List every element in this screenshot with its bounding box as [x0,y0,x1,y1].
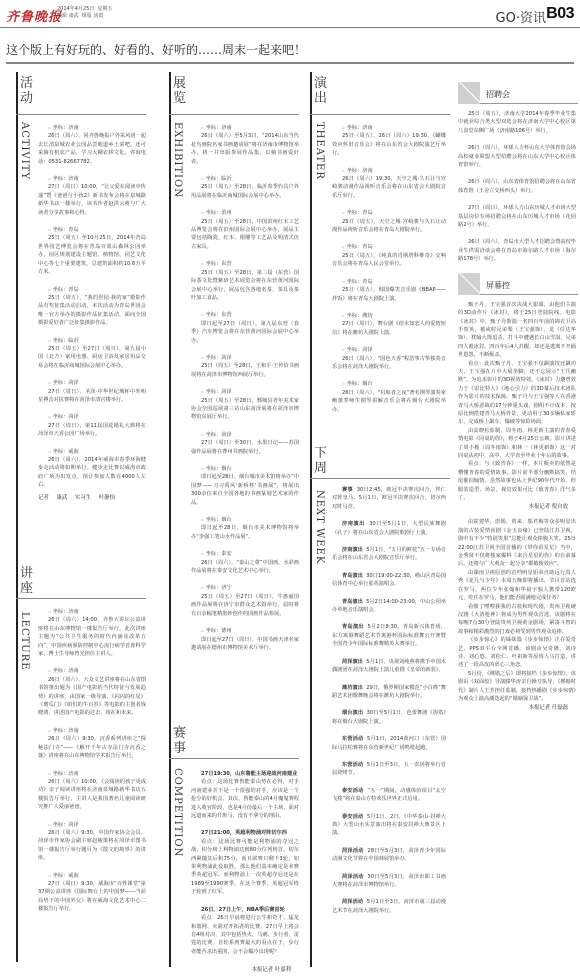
section-zh-title: 演出 [314,76,330,106]
list-item: 坐标：青岛25日（周五），天空之城·宫崎骏与久石让动漫作品视听音乐会将在青岛大剧… [332,209,446,234]
list-item: 菏泽演出 5月1日，央视刘纯燕将携手中国木偶剧团在菏泽大剧院上演儿童剧《皇帝的新… [332,658,446,675]
list-item: 坐标：青岛25日（周五）至10月25日，2014年青岛世界园艺博览会将在青岛百果… [38,226,146,276]
byline: 本报记者 任磊磊 [458,703,576,711]
column-activity-lecture: 活动 ACTIVITY 坐标：济南26日（周六），同齐鲁晚报户外采风团一起去长清… [0,72,150,972]
list-item: 坐标：菏泽25日（周五）至28日，鄄城县青年美术家协会全国巡展第三站山东菏泽展将… [191,388,299,422]
list-item: 26日、27日上午，NBA季后赛首轮看点：26日早晨将进行公牛和奇才、猛龙和篮网… [191,906,299,956]
list-item: 坐标：烟台即日起至28日，烟台城市美术馆将举办“中国梦——习习禹风‘新桥杯’书画… [191,465,299,507]
list-item: 烟台演出 30日至5月1日，芭蕾舞剧《海盗》将在烟台大剧院上演。 [332,709,446,726]
competition-list: 27日19:30，山东鲁能主场迎战河南建业看点：这场比赛鲁能泰山势在必得，对手河… [191,770,299,973]
newspaper-logo: 齐鲁晚报 [6,6,62,25]
exhibition-list: 坐标：济南26日（周六）至5月3日，“2014山东当代花鸟画院名家书画邀请展”将… [191,124,299,661]
list-item: 26日（周六），青岛市大型人才招聘会暨高校毕业生供需洽谈会将在青岛市海尔路人才市… [458,238,576,263]
list-item: 27日（周日），环球人力山东历城人才市场大型基层岗位专场招聘会将在山东历城人才市… [458,204,576,229]
issue-date: 2014年4月25日 [57,6,94,12]
section-zh-title: 展览 [173,76,189,106]
section-zh-title: 活动 [20,76,36,106]
paragraph: 由湖南卫视原创的首档明星姐弟自助远行真人秀《花儿与少年》本周五晚即将播出，节目首… [458,569,576,603]
section-divider [310,114,450,115]
page-headline: 这个版上有好玩的、好看的、好听的……周末一起来吧！ [6,41,306,58]
list-item: 27日19:30，山东鲁能主场迎战河南建业看点：这场比赛鲁能泰山势在必得，对手河… [191,770,299,820]
list-item: 坐标：烟台即日起至28日，烟台市美术博物馆将举办“李强工笔山水作品展”。 [191,516,299,541]
list-item: 27日21:00，英超利物浦对阵切尔西看点：这场比赛可能是利物浦的夺冠之战，积分… [191,829,299,896]
section-bar [16,72,18,562]
section-en-title: COMPETITION [172,768,183,857]
list-item: 坐标：济南25日（周五）、26日（周六）19:30，《蝴蝶效应怀旧音乐会》将在山… [332,124,446,158]
theater-list: 坐标：济南25日（周五）、26日（周六）19:30，《蝴蝶效应怀旧音乐会》将在山… [332,124,446,423]
jobs-title: 招聘会 [486,89,510,100]
list-item: 坐标：威海26日（周六），2014年威海市春季环海健步走活动将如期举行。健步走比… [38,448,146,490]
section-en-title: EXHIBITION [172,122,183,198]
section-divider [16,114,146,115]
list-item: 坐标：济南26日（周六）19:30，天空之城·久石让与宫崎骏动漫作品视听音乐会将… [332,167,446,201]
list-item: 坐标：济南26日（周六），大众文艺讲座将在山东省图书馆推出题为《国产电影的当代特… [38,667,146,717]
jobs-list: 25日（周五），济南大学2014年春季毕业生集中就业综合类大型双选会将在济南大学… [452,110,580,264]
editor: 编辑 康武 [57,13,79,19]
list-item: 坐标：菏泽27日（周日）至30日，水墨日记——苏国强作品展将在曹州书画院举行。 [191,431,299,456]
list-item: 坐标：济南26日（周六）至5月3日，“2014山东当代花鸟画院名家书画邀请展”将… [191,124,299,166]
screen-title: 屏幕控 [486,280,510,291]
section-en-title: ACTIVITY [19,122,30,180]
section-exhibition: 展览 EXHIBITION 坐标：济南26日（周六）至5月3日，“2014山东当… [153,72,303,722]
list-item: 潍坊演出 29日，俄罗斯国家模范“小白桦”舞蹈艺术团歌舞晚会将在潍坊大剧院举行。 [332,684,446,701]
list-item: 坐标：泰安26日（周六），“泰山之尊”中国画、水彩画作品展将在泰安文化艺术中心举… [191,550,299,575]
list-item: 济南演出 30日至5月1日，大型民族舞剧《孔子》将在山东省会大剧院歌剧厅上演。 [332,520,446,537]
section-screen: 屏幕控 甄子丹、王宝强首次决战大银幕，由他们主演的3D动作片《冰封》，将于25日… [452,273,580,712]
section-bar [169,72,171,722]
section-jobs: 招聘会 25日（周五），济南大学2014年春季毕业生集中就业综合类大型双选会将在… [452,82,580,264]
list-item: 坐标：济南26日（周六）10:00，《会阅读的孩子更成功》亲子阅读讲座将在济南泉… [38,770,146,812]
paragraph: 看点：此次甄子丹、王宝强不仅飙演技还飙功夫，王宝强在片中大展拳脚，还不忘展示“王… [458,360,576,427]
section-divider [169,758,299,759]
byline: 本报记者 叶嘉利 [191,965,299,973]
section-competition: 赛事 COMPETITION 27日19:30，山东鲁能主场迎战河南建业看点：这… [153,722,303,972]
list-item: 坐标：济宁25日（周五）至27日（周日），牛惠丽国画作品展将在济宁市群众艺术馆举… [191,584,299,618]
screen-articles: 甄子丹、王宝强首次决战大银幕，由他们主演的3D动作片《冰封》，将于25日登陆院线… [452,301,580,712]
lecture-list: 坐标：济南26日（周六）14:00，齐鲁大讲坛公益讲座将在山东博物馆一楼报告厅举… [38,608,146,923]
section-zh-title: 赛事 [173,726,189,756]
list-item: 坐标：东营即日起至27日（周日），第九届东营（春季）汽车博览会将在东营黄河国际会… [191,311,299,345]
list-item: 坐标：菏泽27日（周日），圣泽·中华世纪城杯中外明星搏击对抗赛将在菏泽市清宫楼举… [38,379,146,404]
list-item: 坐标：济南26日（周六）14:00，齐鲁大讲坛公益讲座将在山东博物馆一楼报告厅举… [38,608,146,658]
nextweek-list: 赛事 30日2:45，欧冠半决赛次回合，拜仁对阵皇马。5月1日，欧冠半决赛次回合… [332,486,446,924]
list-item: 坐标：济南27日（周日）10:00，“让父爱在阅读中传递”暨《爸爸与小孩2》新书… [38,175,146,217]
list-item: 坐标：滨州25日（周五）至28日，中国滨州红木工艺品博览会将在滨州国际会展中心举… [191,209,299,251]
section-lecture: 讲座 LECTURE 坐标：济南26日（周六）14:00，齐鲁大讲坛公益讲座将在… [0,562,150,972]
list-item: 坐标：菏泽25日（周五）至28日，王和平·王传恰书画展将在菏泽市博物馆西展厅举行… [191,354,299,379]
byline: 本报记者 倪自放 [458,502,576,510]
list-item: 青岛演出 30日19:00-22:30，崂山区青岛国信体育中心举行那英演唱会。 [332,572,446,589]
list-item: 坐标：济南26日（周六）9:30，沉香系列讲座之“探秘法门寺”——《解开千年古寺… [38,727,146,761]
list-item: 青岛演出 5月2日8:30，青岛新兴体育场，东方寓港舞蹈艺术节寓港杯国际标准舞公… [332,623,446,648]
diagonal-arrow-icon [458,273,480,295]
section-en-title: THEATER [314,122,325,180]
list-item: 坐标：临沂25日（周五）至27日（周日），第五届中国（北方）家用电器、厨房卫浴及… [38,337,146,371]
byline: 记者 康武 实习生 叶静怡 [38,493,146,501]
paragraph: 《步步惊心》的姊妹篇《步步惊情》正在爱奇艺、PPS双平台全网首播。该剧由吴奇隆、… [458,636,576,670]
diagonal-arrow-icon [458,82,480,104]
header-rule [480,294,578,295]
list-item: 坐标：东营25日（周五）至28日，第二届（东营）国际茶文化暨紫砂艺术展览会将在东… [191,260,299,302]
column-theater-nextweek: 演出 THEATER 坐标：济南25日（周五）、26日（周六）19:30，《蝴蝶… [310,72,450,972]
paragraph: 由霍建华、唐嫣、贾来、邬君梅等众多明星出演的古装爱情喜剧《金玉良缘》已登陆江苏卫… [458,518,576,568]
paragraph: 甄子丹、王宝强首次决战大银幕，由他们主演的3D动作片《冰封》，将于25日登陆院线… [458,301,576,360]
list-item: 坐标：青岛25日（周五），韩国爆笑音乐剧《BBAP——拌饭》将在青岛大剧院上演。 [332,278,446,303]
paragraph: 看惯了嘿嘿我我的古装和现代剧，贵州卫视硬汉剧《大清枪神》将成为男性观众首选。该剧… [458,603,576,637]
list-item: 坐标：临沂25日（周五）至28日，临沂春季钓具户外用品展将在临沂商城国际会展中心… [191,175,299,200]
section-zh-title: 下周 [314,446,330,476]
screen-header: 屏幕控 [452,273,580,295]
proof: 组版 汤霞 [82,13,104,19]
section-bar [16,562,18,962]
section-divider [169,114,299,115]
list-item: 坐标：德州即日起至27日（周日），中国书画天津名家邀请展在德州市博物馆美术厅举行… [191,627,299,652]
list-item: 济南演出 5月1日，“五月的鲜花”五一专场音乐会将在山东省会大剧院音乐厅举行。 [332,546,446,563]
list-item: 坐标：烟台26日（周六），“启航者之夜”著名钢琴演奏家鲍蕙荞师生钢琴讲解音乐会将… [332,380,446,414]
list-item: 坐标：潍坊27日（周日），舞台剧《给未知恋人的爱情短信》将在潍坊大剧院上演。 [332,312,446,337]
section-en-title: NEXT WEEK [314,490,325,564]
list-item: 26日（周六），环球人力杯山东大学体育馆会场高校就业联盟大型招聘会将在山东大学中… [458,144,576,169]
activity-list: 坐标：济南26日（周六），同齐鲁晚报户外采风团一起去长清泉城农业公园品尝地道乡土… [38,124,146,501]
list-item: 坐标：济南26日（周六），同齐鲁晚报户外采风团一起去长清泉城农业公园品尝地道乡土… [38,124,146,166]
paragraph: 由高晓松监制、周冬雨、林更新主演的青春爱情电影《同桌的你》，将于4月25日公映。… [458,427,576,461]
list-item: 坐标：菏泽26日（周六）9:30，中国作家协会会员、菏泽市作家协会副主席赵峻策将… [38,821,146,863]
list-item: 赛事 30日2:45，欧冠半决赛次回合，拜仁对阵皇马。5月1日，欧冠半决赛次回合… [332,486,446,511]
list-item: 泰安活动 5月1日、2日，《中华泰山·封禅大典》大型山水实景演出将在泰安封禅大典… [332,813,446,838]
paragraph: 5月份，《裸婚之后》即将接档《步步惊情》。该剧由《双面胶》导演滕华涛亲自操刀执导… [458,670,576,704]
jobs-header: 招聘会 [452,82,580,104]
paragraph: 看点：与《致青春》一样，本片贩卖的依然是懵懂青春的爱情故事。影片前半部分幽默搞笑… [458,460,576,502]
list-item: 坐标：菏泽27日（周日），第11届国花婚礼大典将在菏泽市天香公园广场举行。 [38,413,146,438]
list-item: 菏泽活动 5月1日至3日，菏泽市第三届动漫艺术节在菏泽大剧院举行。 [332,898,446,915]
section-en-title: LECTURE [19,612,30,671]
issue-weekday: 星期五 [97,6,112,12]
section-zh-title: 讲座 [20,566,36,596]
issue-meta: 2014年4月25日 星期五 编辑 康武 组版 汤霞 [57,6,112,20]
list-item: 青岛演出 5月2日14:00-23:00，中山公园举办草地音乐演唱会。 [332,598,446,615]
header-rule [480,103,578,104]
section-divider [310,478,450,479]
section-nextweek: 下周 NEXT WEEK 赛事 30日2:45，欧冠半决赛次回合，拜仁对阵皇马。… [310,442,450,972]
section-divider [16,598,146,599]
list-item: 坐标：威海27日（周日）9:30，威海市“百姓课堂”第37期公益讲座《国际舞台上… [38,872,146,914]
list-item: 东营活动 5月1日，2014黄河口（东营）国际马拉松赛将在东营新世纪广场鸣枪起跑… [332,735,446,752]
section-activity: 活动 ACTIVITY 坐标：济南26日（周六），同齐鲁晚报户外采风团一起去长清… [0,72,150,562]
section-bar [310,442,312,967]
column-exhibition-competition: 展览 EXHIBITION 坐标：济南26日（周六）至5月3日，“2014山东当… [153,72,303,972]
list-item: 菏泽活动 28日至5月3日，菏泽青少年国际动漫文化节将在中国林展馆举办。 [332,847,446,864]
list-item: 菏泽活动 30日至5月3日，菏泽市职工书画大赛将在菏泽市博物馆举行。 [332,873,446,890]
section-theater: 演出 THEATER 坐标：济南25日（周五）、26日（周六）19:30，《蝴蝶… [310,72,450,442]
list-item: 25日（周五），济南大学2014年春季毕业生集中就业综合类大型双选会将在济南大学… [458,110,576,135]
list-item: 坐标：青岛25日（周五），《纯真的肖斯塔科维奇》交响音乐会将在青岛人民会堂举行。 [332,243,446,268]
section-bar [310,72,312,442]
list-item: 坐标：菏泽26日（周六），“国色天香”程浩筝古筝独奏音乐会将在菏泽大剧院举行。 [332,346,446,371]
column-jobs-screen: 招聘会 25日（周五），济南大学2014年春季毕业生集中就业综合类大型双选会将在… [452,14,580,711]
list-item: 泰安活动 “五一”期间，动感体验项目“太空飞梭”将在泰山方特欢乐世界正式启用。 [332,787,446,804]
list-item: 东营活动 5月1日至3日，五一农场将举行首届烧烤节。 [332,761,446,778]
list-item: 坐标：青岛25日（周五），“我的世园·我的家”摄影作品有奖征集活动启动，本次活动… [38,286,146,328]
list-item: 26日（周六），山东省体育馆招聘会将在山东省体育馆（王舍立交桥西头）举行。 [458,178,576,195]
